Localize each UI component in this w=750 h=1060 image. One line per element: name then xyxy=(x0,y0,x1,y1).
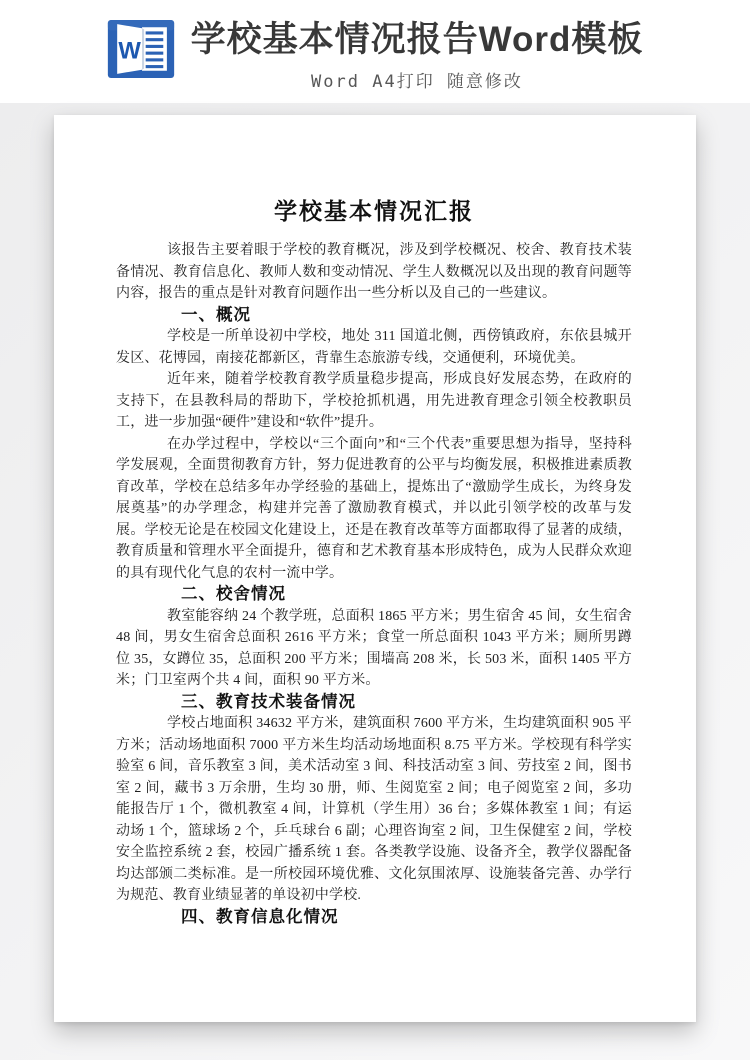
section-heading: 一、概况 xyxy=(116,305,632,327)
section-heading: 三、教育技术装备情况 xyxy=(116,692,632,714)
preview-canvas: 学校基本情况汇报 该报告主要着眼于学校的教育概况，涉及到学校概况、校舍、教育技术… xyxy=(0,103,750,1060)
paragraph: 在办学过程中，学校以“三个面向”和“三个代表”重要思想为指导，坚持科学发展观，全… xyxy=(116,434,632,585)
page-root: W 学校基本情况报告Word模板 Word A4打印 随意修改 学校基本情况汇报… xyxy=(0,0,750,1060)
header-row: W 学校基本情况报告Word模板 Word A4打印 随意修改 xyxy=(107,20,644,92)
svg-text:W: W xyxy=(118,37,141,64)
header-subtitle: Word A4打印 随意修改 xyxy=(191,67,644,92)
site-header: W 学校基本情况报告Word模板 Word A4打印 随意修改 xyxy=(0,0,750,103)
section-heading: 四、教育信息化情况 xyxy=(116,907,632,929)
word-logo-icon: W xyxy=(107,20,175,78)
paragraph: 学校占地面积 34632 平方米，建筑面积 7600 平方米，生均建筑面积 90… xyxy=(116,713,632,907)
document-paper: 学校基本情况汇报 该报告主要着眼于学校的教育概况，涉及到学校概况、校舍、教育技术… xyxy=(54,115,696,1022)
section-heading: 二、校舍情况 xyxy=(116,584,632,606)
document-title: 学校基本情况汇报 xyxy=(116,197,632,227)
paragraph: 该报告主要着眼于学校的教育概况，涉及到学校概况、校舍、教育技术装备情况、教育信息… xyxy=(116,240,632,305)
document-body: 该报告主要着眼于学校的教育概况，涉及到学校概况、校舍、教育技术装备情况、教育信息… xyxy=(116,240,632,928)
header-title: 学校基本情况报告Word模板 xyxy=(191,20,644,60)
paragraph: 教室能容纳 24 个教学班，总面积 1865 平方米；男生宿舍 45 间，女生宿… xyxy=(116,606,632,692)
paragraph: 近年来，随着学校教育教学质量稳步提高，形成良好发展态势，在政府的支持下，在县教科… xyxy=(116,369,632,434)
header-text: 学校基本情况报告Word模板 Word A4打印 随意修改 xyxy=(191,20,644,92)
paragraph: 学校是一所单设初中学校，地处 311 国道北侧，西傍镇政府，东依县城开发区、花博… xyxy=(116,326,632,369)
